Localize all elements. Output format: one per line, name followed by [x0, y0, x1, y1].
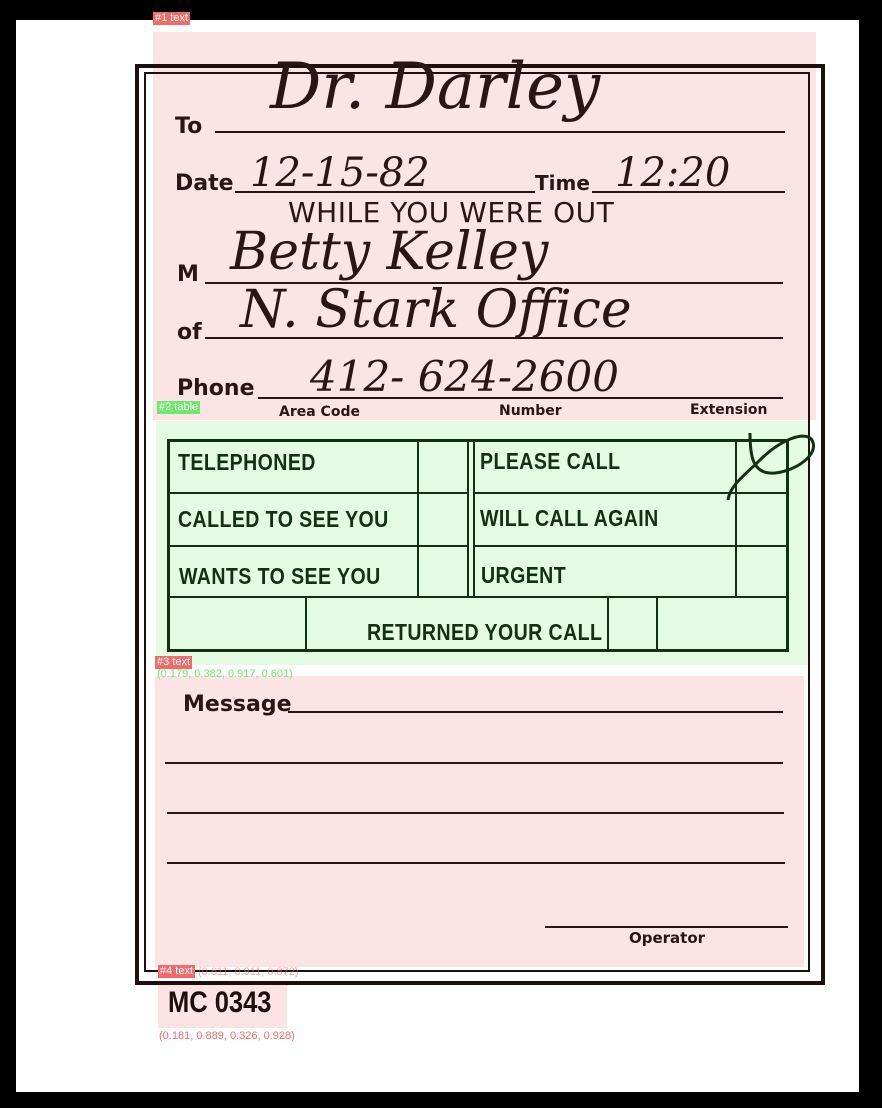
time-label: Time [535, 171, 590, 195]
check-mark-icon [720, 425, 820, 505]
annotation-coords-4: (0.611, 0.911, 0.872) [198, 966, 299, 979]
annotation-label-4: #4 text [158, 965, 195, 978]
phone-area-code-caption: Area Code [279, 404, 360, 420]
message-line-4[interactable] [167, 862, 785, 864]
phone-extension-caption: Extension [690, 402, 767, 418]
annotation-coords-5: (0.181, 0.889, 0.326, 0.928) [159, 1030, 295, 1043]
checkbox-returned-your-call[interactable] [607, 596, 658, 652]
date-value: 12-15-82 [250, 150, 430, 196]
phone-number-caption: Number [499, 403, 562, 419]
label-wants-to-see-you: WANTS TO SEE YOU [179, 563, 381, 590]
label-please-call: PLEASE CALL [480, 448, 620, 475]
annotation-coords-3: (0.179, 0.382, 0.917, 0.601) [157, 668, 293, 681]
to-line [215, 131, 785, 133]
from-value: Betty Kelley [230, 222, 548, 282]
label-telephoned: TELEPHONED [178, 449, 316, 476]
phone-value: 412- 624-2600 [310, 352, 619, 401]
phone-label: Phone [177, 376, 254, 401]
from-label: M [177, 262, 199, 287]
checkbox-telephoned[interactable] [417, 439, 469, 494]
cell-blank-left [167, 596, 307, 652]
of-value: N. Stark Office [240, 280, 632, 340]
of-label: of [177, 320, 202, 345]
operator-label: Operator [629, 929, 705, 947]
checkbox-urgent[interactable] [735, 545, 789, 598]
date-label: Date [175, 171, 234, 196]
checkbox-wants-to-see-you[interactable] [417, 545, 469, 598]
message-line-3[interactable] [167, 812, 784, 814]
time-value: 12:20 [615, 150, 730, 196]
to-value: Dr. Darley [270, 50, 600, 124]
label-called-to-see-you: CALLED TO SEE YOU [178, 506, 389, 533]
label-urgent: URGENT [481, 562, 566, 589]
message-line-2[interactable] [165, 762, 783, 764]
checkbox-called-to-see-you[interactable] [417, 492, 469, 547]
label-will-call-again: WILL CALL AGAIN [480, 505, 659, 532]
form-code: MC 0343 [168, 986, 271, 1020]
message-label: Message [183, 692, 292, 717]
annotation-label-2: #2 table [157, 401, 200, 414]
annotation-label-1: #1 text [153, 12, 190, 25]
operator-line[interactable] [545, 926, 788, 928]
cell-blank-right [656, 596, 789, 652]
message-line-1[interactable] [288, 711, 783, 713]
to-label: To [175, 114, 202, 139]
label-returned-your-call: RETURNED YOUR CALL [367, 619, 602, 646]
